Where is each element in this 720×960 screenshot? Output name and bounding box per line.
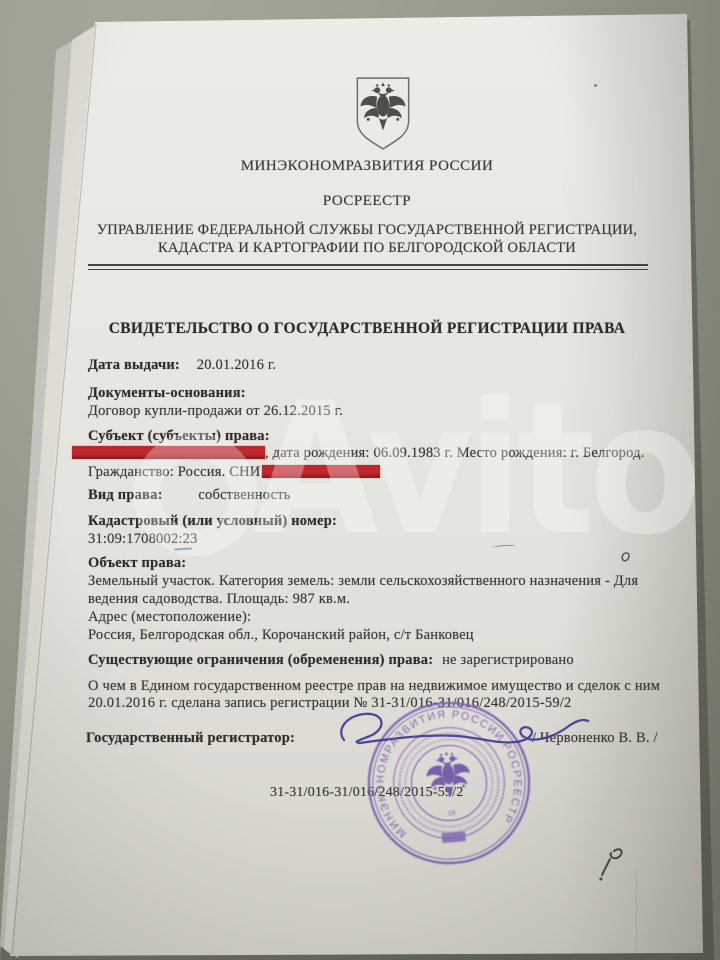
document-photo: МИНЭКОНОМРАЗВИТИЯ РОССИИ РОСРЕЕСТР УПРАВ… [0,0,720,960]
paper-fold-line [636,868,637,960]
pen-mark-small [620,550,632,564]
issue-date-value: 20.01.2016 г. [197,357,276,373]
header-office-line2: КАДАСТРА И КАРТОГРАФИИ ПО БЕЛГОРОДСКОЙ О… [88,240,646,257]
redaction-bar-name [72,446,265,460]
redaction-bar-snils [262,465,380,478]
header-double-rule [88,264,648,270]
stamp-center-number: 16 [448,810,456,818]
subject-label: Субъект (субъекты) права: [88,428,270,444]
record-line1: О чем в Едином государственном реестре п… [88,678,660,695]
right-type-label: Вид права: [88,487,163,503]
right-type-row: Вид права: собственность [88,487,291,504]
address-label: Адрес (местоположение): [88,609,251,626]
issue-date-row: Дата выдачи: 20.01.2016 г. [88,357,276,374]
registrar-row: Государственный регистратор: [86,730,295,747]
subject-line2: Гражданство: Россия. СНИ [88,464,380,481]
document-title: СВИДЕТЕЛЬСТВО О ГОСУДАРСТВЕННОЙ РЕГИСТРА… [88,320,646,338]
stamp-banner [441,831,466,843]
address-value: Россия, Белгородская обл., Корочанский р… [88,627,474,644]
subject-row: Субъект (субъекты) права: [88,428,270,445]
subject-line1: , дата рождения: 06.09.1983 г. Место рож… [72,445,645,462]
restrictions-label: Существующие ограничения (обременения) п… [88,652,433,668]
object-label: Объект права: [88,555,186,571]
cadastral-value: 31:09:1708002:23 [88,531,198,548]
cadastral-underline-mark [174,547,192,550]
coat-of-arms-icon [352,74,414,154]
object-line1: Земельный участок. Категория земель: зем… [88,573,638,590]
header-office-line1: УПРАВЛЕНИЕ ФЕДЕРАЛЬНОЙ СЛУЖБЫ ГОСУДАРСТВ… [88,222,646,239]
basis-label: Документы-основания: [88,385,246,401]
right-type-value: собственность [198,487,290,503]
pen-dash-mark [492,544,516,551]
cadastral-row: Кадастровый (или условный) номер: [88,513,337,530]
ink-corner-mark [592,845,626,885]
issue-date-label: Дата выдачи: [88,357,180,373]
object-row: Объект права: [88,555,186,572]
header-agency: РОСРЕЕСТР [88,193,646,210]
cadastral-label: Кадастровый (или условный) номер: [88,513,337,529]
basis-row: Документы-основания: [88,385,246,402]
header-ministry: МИНЭКОНОМРАЗВИТИЯ РОССИИ [88,158,646,175]
basis-value: Договор купли-продажи от 26.12.2015 г. [88,403,343,420]
registrar-label: Государственный регистратор: [86,730,295,746]
paper-speck [594,84,597,87]
subject-line1-text: , дата рождения: 06.09.1983 г. Место рож… [265,445,645,461]
restrictions-row: Существующие ограничения (обременения) п… [88,652,574,669]
registrar-signature [326,700,606,764]
restrictions-value: не зарегистрировано [442,652,574,668]
subject-line2-text: Гражданство: Россия. СНИ [88,464,260,480]
object-line2: ведения садоводства. Площадь: 987 кв.м. [88,591,350,608]
